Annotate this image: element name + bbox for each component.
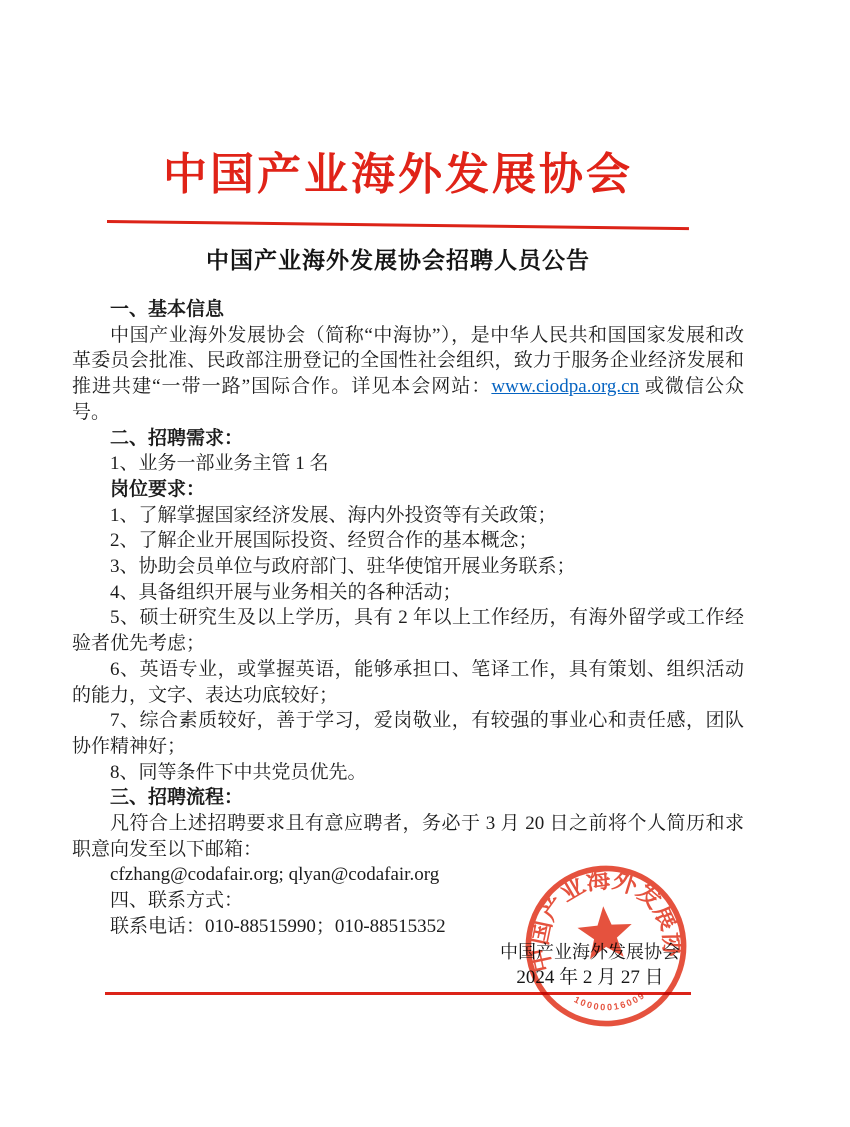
requirement-item: 4、具备组织开展与业务相关的各种活动； — [72, 580, 744, 606]
position-line: 1、业务一部业务主管 1 名 — [72, 451, 744, 477]
stamp-serial-number: 10000016009 — [572, 989, 649, 1014]
stamp-star-icon — [576, 904, 634, 959]
section-heading-process: 三、招聘流程： — [72, 785, 744, 811]
requirement-item: 7、综合素质较好，善于学习，爱岗敬业，有较强的事业心和责任感，团队协作精神好； — [72, 708, 744, 759]
header-divider-line — [107, 220, 689, 230]
document-title: 中国产业海外发展协会招聘人员公告 — [72, 242, 724, 275]
requirement-item: 8、同等条件下中共党员优先。 — [72, 760, 744, 786]
requirement-item: 1、了解掌握国家经济发展、海内外投资等有关政策； — [72, 503, 744, 529]
letterhead-title: 中国产业海外发展协会 — [72, 150, 724, 201]
website-link[interactable]: www.ciodpa.org.cn — [491, 376, 639, 397]
requirements-heading: 岗位要求： — [72, 477, 744, 503]
requirement-item: 3、协助会员单位与政府部门、驻华使馆开展业务联系； — [72, 554, 744, 580]
requirement-item: 5、硕士研究生及以上学历，具有 2 年以上工作经历，有海外留学或工作经验者优先考… — [72, 605, 744, 656]
document-body: 一、基本信息 中国产业海外发展协会（简称“中海协”），是中华人民共和国国家发展和… — [72, 297, 744, 940]
requirement-item: 2、了解企业开展国际投资、经贸合作的基本概念； — [72, 528, 744, 554]
stamp-ring-text: 中国产业海外发展协会 — [502, 842, 688, 976]
document-page: 中国产业海外发展协会 中国产业海外发展协会招聘人员公告 一、基本信息 中国产业海… — [0, 0, 850, 1127]
requirement-item: 6、英语专业，或掌握英语，能够承担口、笔译工作，具有策划、组织活动的能力，文字、… — [72, 657, 744, 708]
official-seal-stamp: 中国产业海外发展协会 10000016009 — [502, 842, 709, 1049]
section-heading-recruit-need: 二、招聘需求： — [72, 426, 744, 452]
section-heading-basic-info: 一、基本信息 — [72, 297, 744, 323]
intro-paragraph: 中国产业海外发展协会（简称“中海协”），是中华人民共和国国家发展和改革委员会批准… — [72, 323, 744, 426]
